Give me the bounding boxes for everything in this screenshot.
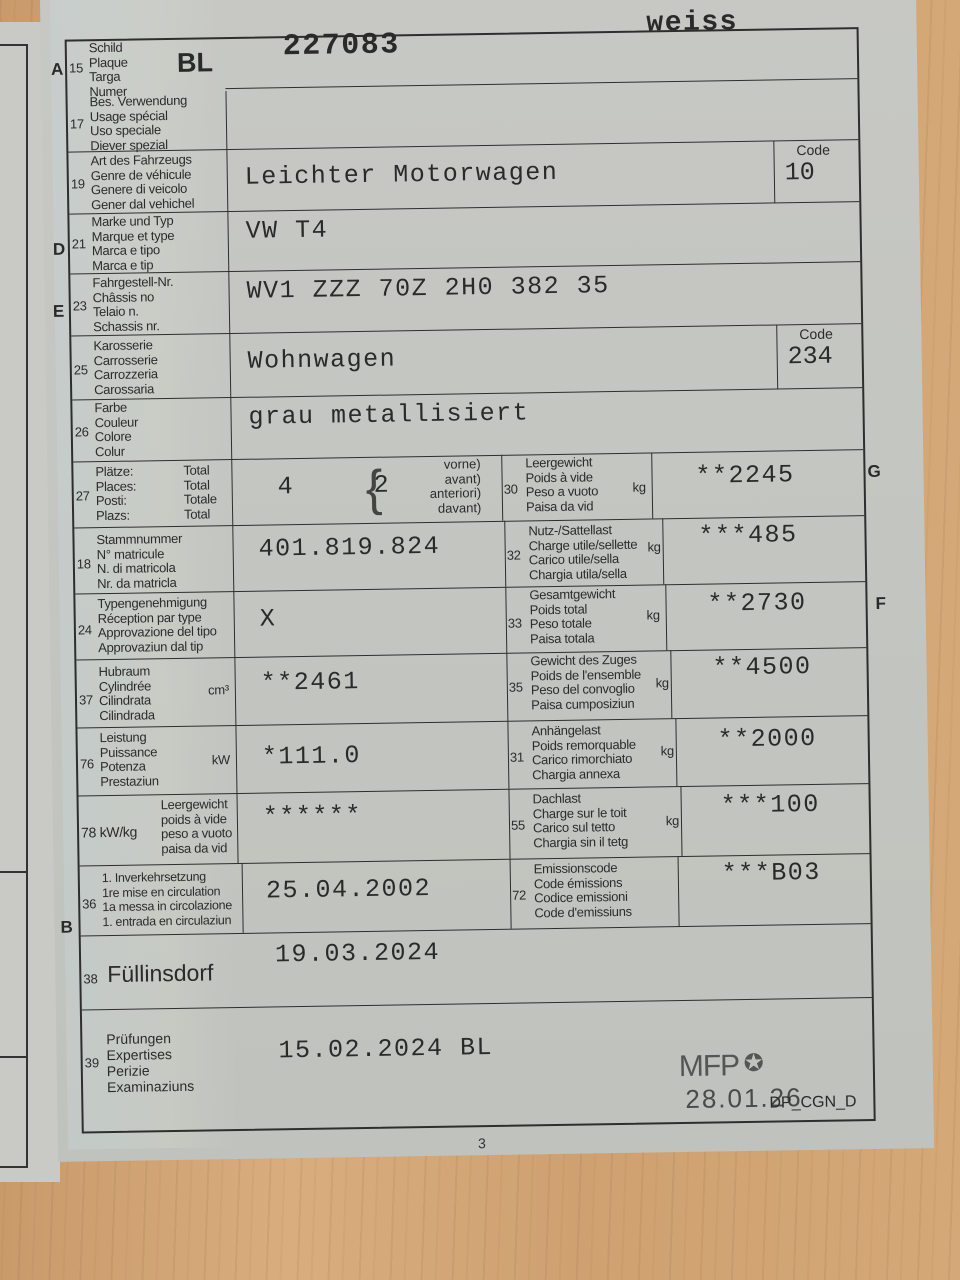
left-page-frame	[0, 44, 28, 1168]
make-type-value: VW T4	[245, 216, 328, 246]
special-use-label: 17 Bes. Verwendung Usage spécial Uso spe…	[67, 91, 227, 151]
towing-load-label: 31 Anhängelast Poids remorquable Carico …	[507, 718, 677, 789]
first-registration-label: 36 1. Inverkehrsetzung 1re mise en circu…	[80, 863, 244, 936]
power-label: 76 Leistung Puissance Potenza Prestaziun…	[77, 725, 237, 795]
chassis-number: WV1 ZZZ 70Z 2H0 382 35	[246, 271, 609, 306]
displacement-value: **2461	[261, 667, 360, 698]
side-letter-g: G	[867, 462, 881, 482]
stamp-office-code: DP_CGN_D	[769, 1093, 856, 1112]
train-weight-value: **4500	[712, 652, 811, 683]
seats-front: 2	[373, 471, 390, 500]
registration-place: Füllinsdorf	[107, 959, 214, 988]
power-weight-label: 78 kW/kg Leergewicht poids à vide peso a…	[78, 793, 238, 865]
side-letter-e: E	[53, 302, 65, 322]
stamp-mfp: MFP	[679, 1049, 740, 1083]
body-code: 234	[787, 342, 832, 372]
registration-document-page: A D E G F B 15 Schild Plaque Targa Numer…	[40, 0, 934, 1162]
type-approval-label: 24 Typengenehmigung Réception par type A…	[75, 591, 235, 659]
side-letter-a: A	[51, 60, 64, 80]
inspections-label: Prüfungen Expertises Perizie Examinaziun…	[106, 1030, 194, 1095]
inspection-date: 15.02.2024 BL	[278, 1033, 493, 1065]
plate-color-note: weiss	[646, 7, 738, 39]
body-label: 25 Karosserie Carrosserie Carrozzeria Ca…	[71, 333, 231, 399]
empty-weight-value: **2245	[695, 460, 794, 491]
towing-load-value: **2000	[717, 724, 816, 755]
vehicle-kind-code: 10	[785, 158, 815, 187]
side-letter-d: D	[53, 240, 66, 260]
emission-code-value: ***B03	[722, 858, 821, 889]
make-type-label: 21 Marke und Typ Marque et type Marca e …	[69, 211, 229, 273]
registration-form: 15 Schild Plaque Targa Numer BL 227083 w…	[65, 27, 876, 1133]
roof-load-label: 55 Dachlast Charge sur le toit Carico su…	[508, 786, 682, 859]
emission-code-label: 72 Emissionscode Code émissions Codice e…	[510, 856, 680, 929]
place-date-num: 38	[83, 971, 98, 986]
displacement-label: 37 Hubraum Cylindrée Cilindrata Cilindra…	[76, 657, 236, 727]
payload-label: 32 Nutz-/Sattellast Charge utile/sellett…	[504, 518, 664, 586]
roof-load-value: ***100	[721, 790, 820, 821]
vehicle-kind-label: 19 Art des Fahrzeugs Genre de véhicule G…	[68, 149, 228, 213]
empty-weight-label: 30 Leergewicht Poids à vide Peso a vuoto…	[501, 452, 653, 520]
type-approval-value: X	[260, 604, 277, 633]
vehicle-kind-value: Leichter Motorwagen	[245, 158, 559, 192]
page-number: 3	[478, 1135, 486, 1151]
side-letter-b: B	[60, 918, 73, 938]
stamp-emblem-icon: ✪	[743, 1050, 764, 1077]
inspections-row: 39 Prüfungen Expertises Perizie Examinaz…	[82, 997, 874, 1129]
chassis-label: 23 Fahrgestell-Nr. Châssis no Telaio n. …	[70, 271, 230, 335]
first-registration-date: 25.04.2002	[266, 874, 431, 906]
plate-number: 227083	[283, 28, 401, 64]
seats-label: 27 Plätze: Places: Posti: Plazs: Total T…	[73, 459, 233, 527]
seats-total: 4	[277, 472, 294, 501]
color-label: 26 Farbe Couleur Colore Colur	[72, 397, 232, 461]
power-weight-value: ******	[263, 801, 362, 832]
body-code-box: Code 234	[776, 323, 862, 388]
vehicle-kind-code-box: Code 10	[773, 139, 859, 202]
matricule-value: 401.819.824	[258, 532, 440, 564]
front-labels: vorne) avant) anteriori) davant)	[429, 457, 481, 516]
train-weight-label: 35 Gewicht des Zuges Poids de l'ensemble…	[506, 650, 672, 721]
color-value: grau metallisiert	[248, 398, 529, 431]
plate-canton: BL	[177, 47, 213, 79]
payload-value: ***485	[698, 520, 797, 551]
body-value: Wohnwagen	[247, 344, 396, 375]
total-weight-value: **2730	[707, 588, 806, 619]
total-weight-label: 33 Gesamtgewicht Poids total Peso totale…	[505, 584, 667, 653]
matricule-label: 18 Stammnummer N° matricule N. di matric…	[74, 525, 234, 593]
side-letter-f: F	[875, 594, 886, 614]
place-date-row: 38 Füllinsdorf 19.03.2024	[81, 923, 872, 1010]
power-value: *111.0	[262, 741, 361, 772]
registration-date: 19.03.2024	[275, 938, 440, 970]
